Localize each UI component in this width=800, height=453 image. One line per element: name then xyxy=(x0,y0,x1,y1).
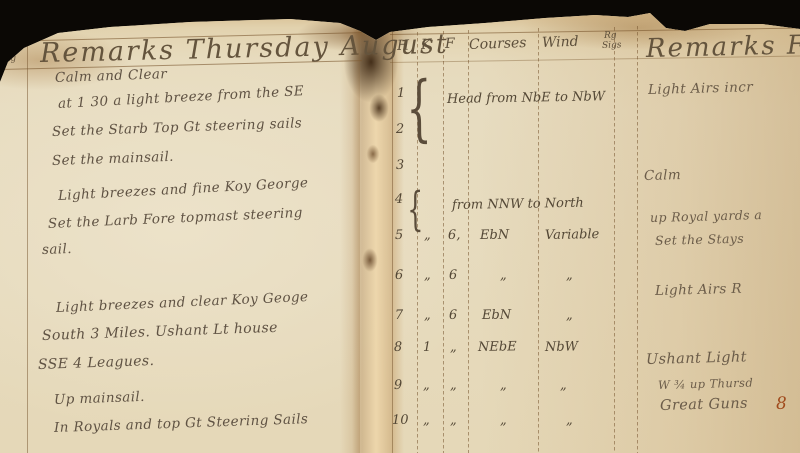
table-cell: 10 xyxy=(392,413,409,428)
handwriting-line: Light Airs R xyxy=(655,281,742,299)
table-cell: Variable xyxy=(545,227,600,243)
column-header: K xyxy=(421,37,432,53)
handwriting-line: up Royal yards a xyxy=(650,207,763,225)
table-cell: 3 xyxy=(396,158,405,173)
handwriting-line: Light breezes and clear Koy Geoge xyxy=(56,289,309,316)
table-cell: 5 xyxy=(395,228,404,243)
table-cell: „ xyxy=(424,308,431,323)
handwriting-line: W ¾ up Thursd xyxy=(658,376,753,392)
rule-vertical xyxy=(614,27,615,453)
table-cell: 1 xyxy=(423,340,432,355)
table-span: Head from NbE to NbW xyxy=(447,89,605,107)
table-brace: { xyxy=(406,71,432,144)
column-header: Courses xyxy=(469,35,527,53)
left-remarks-header: Remarks Thursday August xyxy=(40,29,449,69)
margin-signal-label: Bt Sig xyxy=(0,44,16,65)
table-cell: „ xyxy=(500,413,507,428)
table-cell: „ xyxy=(450,413,457,428)
table-cell: 9 xyxy=(394,378,403,393)
table-brace: { xyxy=(407,185,424,232)
handwriting-line: Calm xyxy=(644,167,682,184)
handwriting-line: Up mainsail. xyxy=(54,389,145,408)
column-header: H xyxy=(397,38,410,54)
handwriting-line: Light Airs incr xyxy=(648,79,753,98)
margin-signal-line1: Bt xyxy=(0,44,15,55)
handwriting-line: Ushant Light xyxy=(646,349,747,368)
table-cell: NEbE xyxy=(478,339,517,355)
handwriting-line: Set the Starb Top Gt steering sails xyxy=(52,115,303,140)
handwriting-line: Calm and Clear xyxy=(55,66,168,86)
table-cell: 6, xyxy=(448,228,461,243)
table-cell: „ xyxy=(566,268,573,283)
table-cell: 6 xyxy=(449,308,458,323)
column-header: F xyxy=(445,36,455,52)
handwriting-line: sail. xyxy=(42,241,72,258)
rule-vertical xyxy=(443,31,444,453)
handwriting-line: In Royals and top Gt Steering Sails xyxy=(54,411,309,436)
handwriting-line: at 1 30 a light breeze from the SE xyxy=(58,83,305,112)
table-cell: EbN xyxy=(480,227,509,243)
table-cell: „ xyxy=(500,268,507,283)
table-cell: NbW xyxy=(545,339,578,355)
handwriting-line: 8 xyxy=(776,394,788,414)
right-remarks-header: Remarks F xyxy=(646,30,800,64)
table-cell: „ xyxy=(423,413,430,428)
paper: Bt Sig Remarks Thursday August Calm and … xyxy=(0,0,800,453)
handwriting-line: Set the Stays xyxy=(655,231,744,248)
rule-vertical xyxy=(637,26,638,453)
table-span: from NNW to North xyxy=(452,196,584,213)
table-cell: „ xyxy=(450,340,457,355)
table-cell: 1 xyxy=(397,86,406,101)
handwriting-line: Light breezes and fine Koy George xyxy=(58,175,309,204)
table-cell: „ xyxy=(424,268,431,283)
table-cell: EbN xyxy=(482,307,511,323)
rule-vertical xyxy=(392,31,393,453)
table-cell: „ xyxy=(560,378,567,393)
handwriting-line: SSE 4 Leagues. xyxy=(38,353,155,373)
binding-strip xyxy=(352,0,360,453)
handwriting-line: Great Guns xyxy=(660,396,748,414)
table-cell: 2 xyxy=(396,122,405,137)
table-cell: „ xyxy=(566,413,573,428)
logbook-photo: { "photo": { "description": "Two-page sp… xyxy=(0,0,800,453)
table-cell: „ xyxy=(566,308,573,323)
rule-vertical xyxy=(27,40,28,453)
table-cell: 6 xyxy=(395,268,404,283)
table-cell: 6 xyxy=(449,268,458,283)
handwriting-line: Set the Larb Fore topmast steering xyxy=(48,205,303,232)
table-cell: 7 xyxy=(395,308,404,323)
handwriting-line: Set the mainsail. xyxy=(52,149,174,169)
table-cell: 4 xyxy=(395,192,404,207)
table-cell: „ xyxy=(423,378,430,393)
table-cell: 8 xyxy=(394,340,403,355)
margin-signal-line2: Sig xyxy=(1,53,16,64)
handwriting-line: South 3 Miles. Ushant Lt house xyxy=(42,320,278,344)
table-cell: „ xyxy=(500,378,507,393)
column-header: Wind xyxy=(542,34,579,51)
column-header: Sigs xyxy=(602,40,622,51)
table-cell: „ xyxy=(450,378,457,393)
table-cell: „ xyxy=(424,228,431,243)
column-header: Rg xyxy=(604,31,617,41)
